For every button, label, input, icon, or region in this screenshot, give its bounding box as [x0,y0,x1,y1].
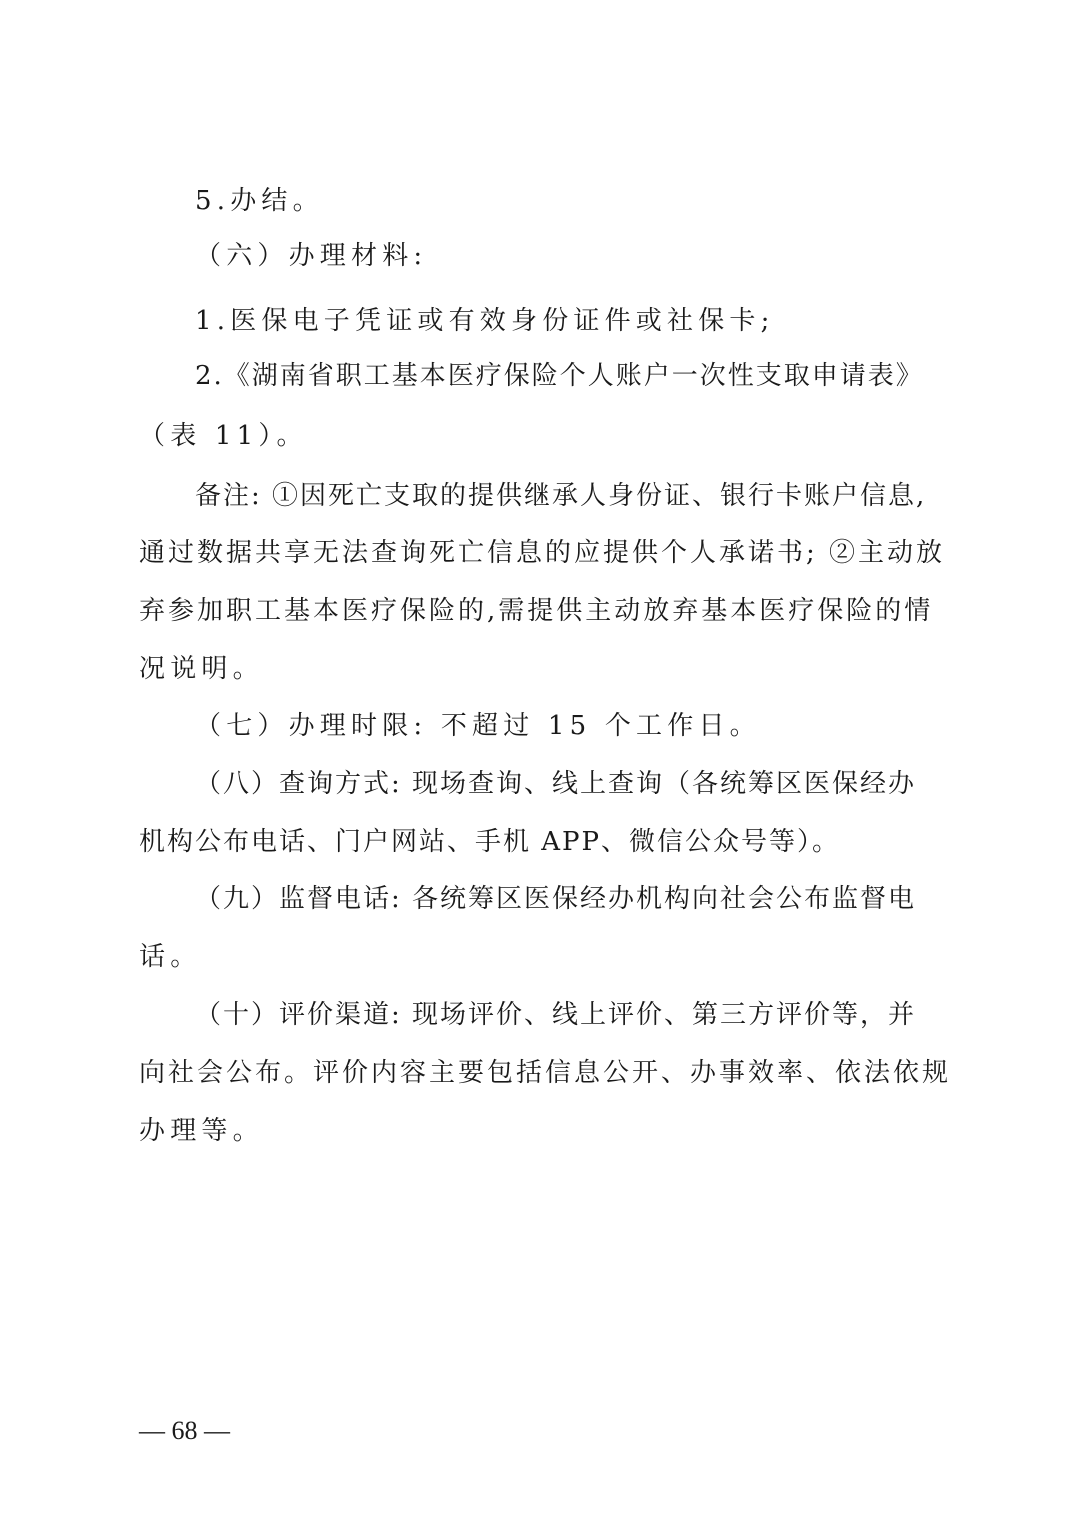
material-item-2: 2.《湖南省职工基本医疗保险个人账户一次性支取申请表》 [195,361,924,391]
remark-line-2: 通过数据共享无法查询死亡信息的应提供个人承诺书; ②主动放 [139,538,945,568]
step-5-completion: 5.办结。 [195,186,324,216]
section-9-supervision-line-1: （九）监督电话: 各统筹区医保经办机构向社会公布监督电 [195,884,916,914]
remark-line-3: 弃参加职工基本医疗保险的,需提供主动放弃基本医疗保险的情 [139,596,933,626]
section-10-evaluation-line-1: （十）评价渠道: 现场评价、线上评价、第三方评价等，并 [195,1000,916,1030]
material-item-2-cont: （表 11）。 [139,421,308,451]
section-8-query-line-1: （八）查询方式: 现场查询、线上查询（各统筹区医保经办 [195,769,916,799]
material-item-1: 1.医保电子凭证或有效身份证件或社保卡; [195,306,775,336]
section-7-time-limit: （七）办理时限: 不超过 15 个工作日。 [195,711,761,741]
remark-line-4: 况说明。 [139,654,264,684]
section-10-evaluation-line-3: 办理等。 [139,1116,264,1146]
section-8-query-line-2: 机构公布电话、门户网站、手机 APP、微信公众号等）。 [139,827,840,857]
page-number: — 68 — [139,1416,230,1446]
section-6-heading: （六）办理材料: [195,241,427,271]
section-10-evaluation-line-2: 向社会公布。评价内容主要包括信息公开、办事效率、依法依规 [139,1058,951,1088]
section-9-supervision-line-2: 话。 [139,942,201,972]
remark-line-1: 备注: ①因死亡支取的提供继承人身份证、银行卡账户信息, [195,481,926,511]
